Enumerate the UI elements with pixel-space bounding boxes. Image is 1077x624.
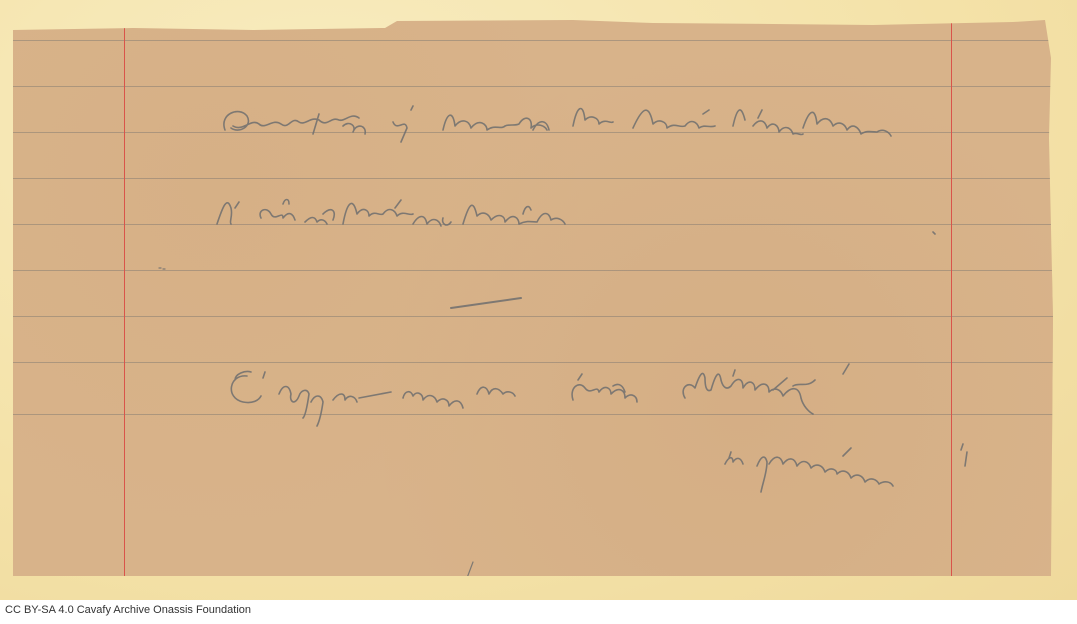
handwriting-line-3	[231, 364, 849, 426]
license-caption: CC BY-SA 4.0 Cavafy Archive Onassis Foun…	[5, 604, 251, 616]
scan-background	[0, 0, 1077, 600]
handwriting-separator-dash	[451, 298, 521, 308]
manuscript-paper	[13, 18, 1053, 576]
handwriting-line-4	[725, 444, 967, 492]
pencil-mark	[159, 268, 473, 576]
handwriting-line-1	[224, 106, 891, 142]
handwriting	[13, 18, 1053, 576]
handwriting-line-2	[217, 200, 935, 235]
